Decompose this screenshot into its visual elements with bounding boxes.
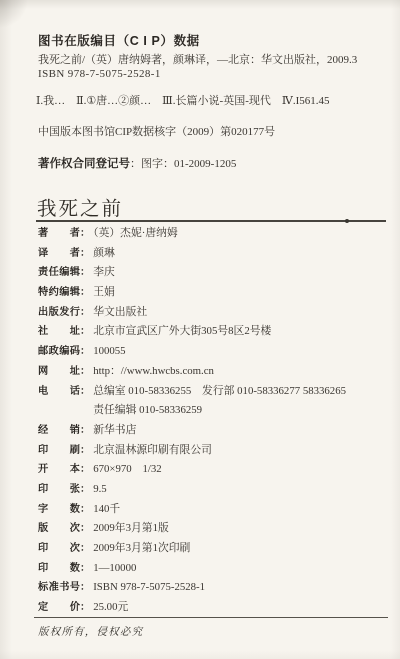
- book-title: 我死之前: [37, 193, 123, 221]
- colophon-separator: ：: [80, 543, 90, 554]
- colophon-separator: ：: [80, 248, 90, 259]
- colophon-value: 新华书店: [93, 424, 136, 436]
- colophon-value: 责任编辑 010-58336259: [93, 404, 202, 416]
- colophon-label: 定价: [38, 598, 80, 618]
- colophon-row-word-count: 字数：140千: [38, 500, 390, 520]
- colophon-label: 邮政编码: [38, 342, 80, 362]
- cip-header: 图书在版编目（C I P）数据: [38, 31, 200, 49]
- colophon-separator: ：: [80, 563, 90, 574]
- colophon-label: 版次: [38, 519, 80, 539]
- colophon-separator: ：: [80, 464, 90, 475]
- colophon-value: 北京市宣武区广外大街305号8区2号楼: [93, 325, 271, 337]
- book-copyright-page: 图书在版编目（C I P）数据 我死之前/（英）唐纳姆著，颜琳译，—北京：华文出…: [0, 0, 400, 659]
- cip-classification-line: Ⅰ.我… Ⅱ.①唐…②颜… Ⅲ.长篇小说-英国-现代 Ⅳ.I561.45: [36, 92, 330, 108]
- colophon-label: 特约编辑: [38, 283, 80, 303]
- colophon-separator: ：: [80, 267, 90, 278]
- colophon-separator: ：: [80, 326, 90, 337]
- copyright-registration-value: ：图字：01-2009-1205: [130, 158, 236, 170]
- colophon-row-price: 定价：25.00元: [38, 598, 390, 618]
- colophon-separator: ：: [80, 582, 90, 593]
- bottom-rule: [34, 617, 388, 618]
- colophon-value: （英）杰妮·唐纳姆: [93, 227, 178, 239]
- colophon-value: 2009年3月第1版: [93, 522, 169, 534]
- colophon-separator: ：: [80, 445, 90, 456]
- colophon-label: 标准书号: [38, 578, 80, 598]
- copyright-registration-label: 著作权合同登记号: [38, 158, 130, 170]
- colophon-row-edition: 版次：2009年3月第1版: [38, 519, 390, 539]
- colophon-value: 670×970 1/32: [93, 463, 161, 475]
- colophon-value: 华文出版社: [93, 306, 147, 318]
- colophon-value: ISBN 978-7-5075-2528-1: [93, 581, 205, 593]
- colophon-value: 颜琳: [93, 247, 115, 259]
- colophon-separator: ：: [80, 386, 90, 397]
- cip-registry-line: 中国版本图书馆CIP数据核字（2009）第020177号: [38, 123, 275, 139]
- colophon-row-translator: 译者：颜琳: [38, 244, 390, 264]
- colophon-row-address: 社址：北京市宣武区广外大街305号8区2号楼: [38, 322, 390, 342]
- colophon-row-author: 著者：（英）杰妮·唐纳姆: [38, 224, 390, 244]
- colophon-label: 责任编辑: [38, 263, 80, 283]
- colophon-row-contract-editor: 特约编辑：王娟: [38, 283, 390, 303]
- colophon-value: 140千: [93, 503, 120, 515]
- copyright-registration-line: 著作权合同登记号：图字：01-2009-1205: [38, 155, 236, 171]
- colophon-separator: ：: [80, 307, 90, 318]
- colophon-rows: 著者：（英）杰妮·唐纳姆译者：颜琳责任编辑：李庆特约编辑：王娟出版发行：华文出版…: [38, 224, 390, 618]
- colophon-separator: ：: [80, 346, 90, 357]
- colophon-value: 总编室 010-58336255 发行部 010-58336277 583362…: [93, 385, 346, 397]
- colophon-label: 印次: [38, 539, 80, 559]
- colophon-row-phone-continuation: 特约编辑：责任编辑 010-58336259: [38, 401, 390, 421]
- colophon-label: 开本: [38, 460, 80, 480]
- colophon-row-phone: 电话：总编室 010-58336255 发行部 010-58336277 583…: [38, 382, 390, 402]
- colophon-row-distributor: 经销：新华书店: [38, 421, 390, 441]
- colophon-row-print-run: 印数：1—10000: [38, 559, 390, 579]
- colophon-separator: ：: [80, 228, 90, 239]
- colophon-row-printed-sheets: 印张：9.5: [38, 480, 390, 500]
- colophon-row-format: 开本：670×970 1/32: [38, 460, 390, 480]
- colophon-separator: ：: [80, 425, 90, 436]
- colophon-row-postal-code: 邮政编码：100055: [38, 342, 390, 362]
- colophon-separator: ：: [80, 523, 90, 534]
- colophon-label: 译者: [38, 244, 80, 264]
- colophon-row-publisher: 出版发行：华文出版社: [38, 303, 390, 323]
- colophon-separator: ：: [80, 602, 90, 613]
- colophon-value: 北京温林源印刷有限公司: [93, 444, 212, 456]
- colophon-separator: ：: [80, 484, 90, 495]
- colophon-value: 100055: [93, 345, 125, 357]
- colophon-label: 经销: [38, 421, 80, 441]
- colophon-label: 印张: [38, 480, 80, 500]
- colophon-separator: ：: [80, 287, 90, 298]
- cip-isbn-line: ISBN 978-7-5075-2528-1: [38, 68, 161, 80]
- cip-description-line: 我死之前/（英）唐纳姆著，颜琳译，—北京：华文出版社，2009.3: [38, 51, 357, 67]
- colophon-row-impression: 印次：2009年3月第1次印刷: [38, 539, 390, 559]
- colophon-value: 李庆: [93, 266, 115, 278]
- colophon-row-responsible-editor: 责任编辑：李庆: [38, 263, 390, 283]
- colophon-value: 王娟: [93, 286, 115, 298]
- colophon-separator: ：: [80, 504, 90, 515]
- colophon-row-printer: 印刷：北京温林源印刷有限公司: [38, 441, 390, 461]
- colophon-label: 电话: [38, 382, 80, 402]
- title-underline-rule: [36, 220, 386, 222]
- colophon-value: 2009年3月第1次印刷: [93, 542, 190, 554]
- colophon-row-website: 网址：http：//www.hwcbs.com.cn: [38, 362, 390, 382]
- colophon-value: 25.00元: [93, 601, 128, 613]
- colophon-row-standard-book-number: 标准书号：ISBN 978-7-5075-2528-1: [38, 578, 390, 598]
- colophon-label: 著者: [38, 224, 80, 244]
- colophon-label: 印数: [38, 559, 80, 579]
- colophon-value: 1—10000: [93, 562, 136, 574]
- colophon-label: 出版发行: [38, 303, 80, 323]
- copyright-notice: 版权所有，侵权必究: [38, 624, 143, 639]
- colophon-separator: ：: [80, 366, 90, 377]
- colophon-label: 印刷: [38, 441, 80, 461]
- colophon-label: 字数: [38, 500, 80, 520]
- colophon-value: 9.5: [93, 483, 107, 495]
- colophon-value: http：//www.hwcbs.com.cn: [93, 365, 214, 377]
- colophon-label: 网址: [38, 362, 80, 382]
- colophon-label: 社址: [38, 322, 80, 342]
